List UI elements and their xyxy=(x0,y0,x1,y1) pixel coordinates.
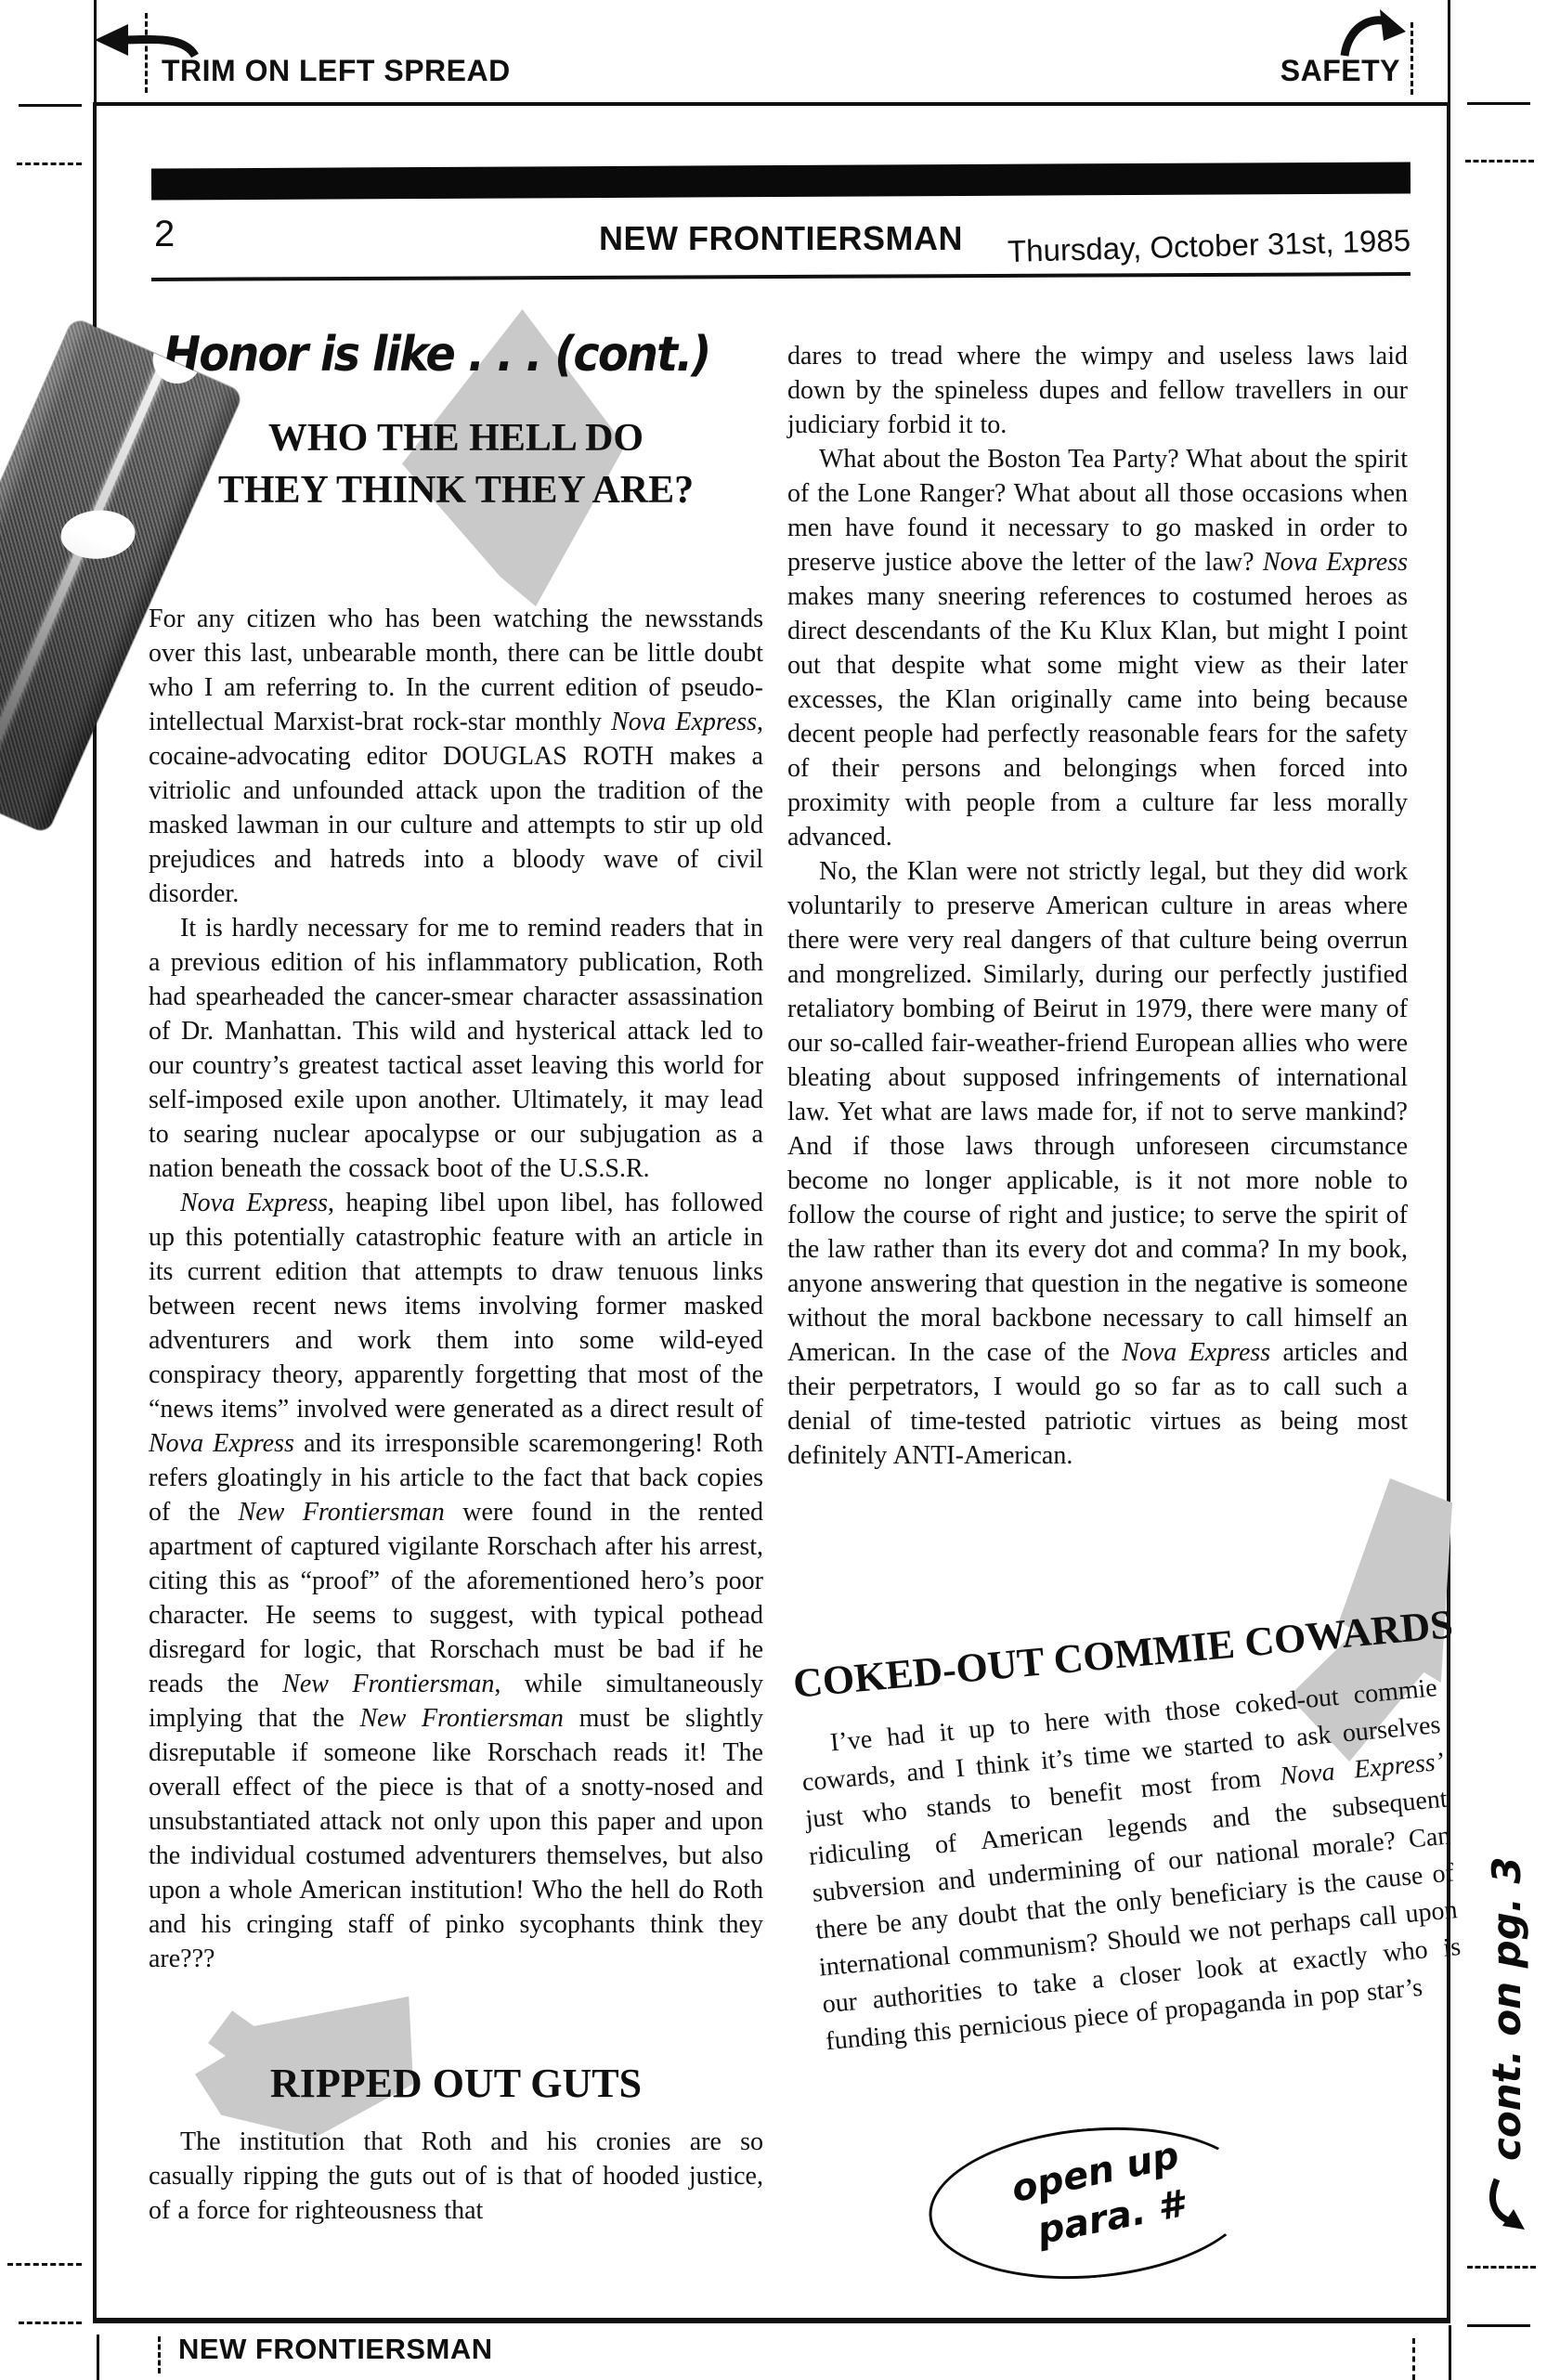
register-mark xyxy=(17,163,82,165)
trim-line-top-left xyxy=(94,0,97,104)
register-mark xyxy=(19,104,82,107)
body-paragraph: It is hardly necessary for me to remind … xyxy=(149,911,763,1186)
trim-tick-top-left xyxy=(145,13,148,93)
column1-subhead: WHO THE HELL DO THEY THINK THEY ARE? xyxy=(149,412,763,516)
scanned-newspaper-proof: { "colors": { "ink": "#101010", "tape": … xyxy=(0,0,1560,2380)
register-mark xyxy=(1467,2324,1530,2327)
register-mark xyxy=(1467,2266,1536,2269)
handwritten-cont-note: cont. on pg. 3 xyxy=(1466,1797,1546,2233)
body-paragraph: Nova Express, heaping libel upon libel, … xyxy=(149,1186,763,1976)
trim-tick-top-right xyxy=(1410,22,1413,95)
masthead-bar xyxy=(151,162,1410,200)
safety-label: SAFETY xyxy=(1261,54,1400,88)
trim-line-top-right xyxy=(1448,0,1450,104)
razor-blade-hole xyxy=(59,508,136,561)
subhead-line: WHO THE HELL DO xyxy=(149,412,763,464)
body-paragraph: The institution that Roth and his cronie… xyxy=(149,2125,763,2228)
hand-arrow-icon xyxy=(1482,2174,1530,2233)
body-paragraph: I’ve had it up to here with those coked-… xyxy=(798,1670,1466,2061)
body-paragraph: For any citizen who has been watching th… xyxy=(149,602,763,911)
trim-label: TRIM ON LEFT SPREAD xyxy=(162,54,511,88)
body-paragraph: dares to tread where the wimpy and usele… xyxy=(787,339,1408,442)
footer-title: NEW FRONTIERSMAN xyxy=(178,2333,493,2366)
register-mark xyxy=(1465,160,1534,163)
section-heading-ripped-out-guts: RIPPED OUT GUTS xyxy=(149,2060,763,2107)
register-mark xyxy=(1467,102,1530,105)
body-paragraph: What about the Boston Tea Party? What ab… xyxy=(787,442,1408,854)
column-1-closing: The institution that Roth and his cronie… xyxy=(149,2125,763,2228)
body-paragraph: No, the Klan were not strictly legal, bu… xyxy=(787,854,1408,1473)
register-mark xyxy=(19,2321,82,2324)
trim-tick-bottom-left xyxy=(158,2336,161,2373)
register-mark xyxy=(7,2263,82,2266)
safety-curved-arrow-icon xyxy=(1337,7,1410,59)
pasted-skewed-section: COKED-OUT COMMIE COWARDS I’ve had it up … xyxy=(791,1602,1465,2061)
column-1: For any citizen who has been watching th… xyxy=(149,602,763,1976)
column-2: dares to tread where the wimpy and usele… xyxy=(787,339,1408,1473)
trim-line-bottom-right xyxy=(1449,2325,1451,2380)
trim-tick-bottom-right xyxy=(1412,2338,1415,2380)
trim-line-bottom-left xyxy=(97,2334,99,2380)
subhead-line: THEY THINK THEY ARE? xyxy=(149,464,763,516)
article-title: Honor is like . . . (cont.) xyxy=(163,327,709,383)
cont-note-text: cont. on pg. 3 xyxy=(1484,1856,1529,2161)
